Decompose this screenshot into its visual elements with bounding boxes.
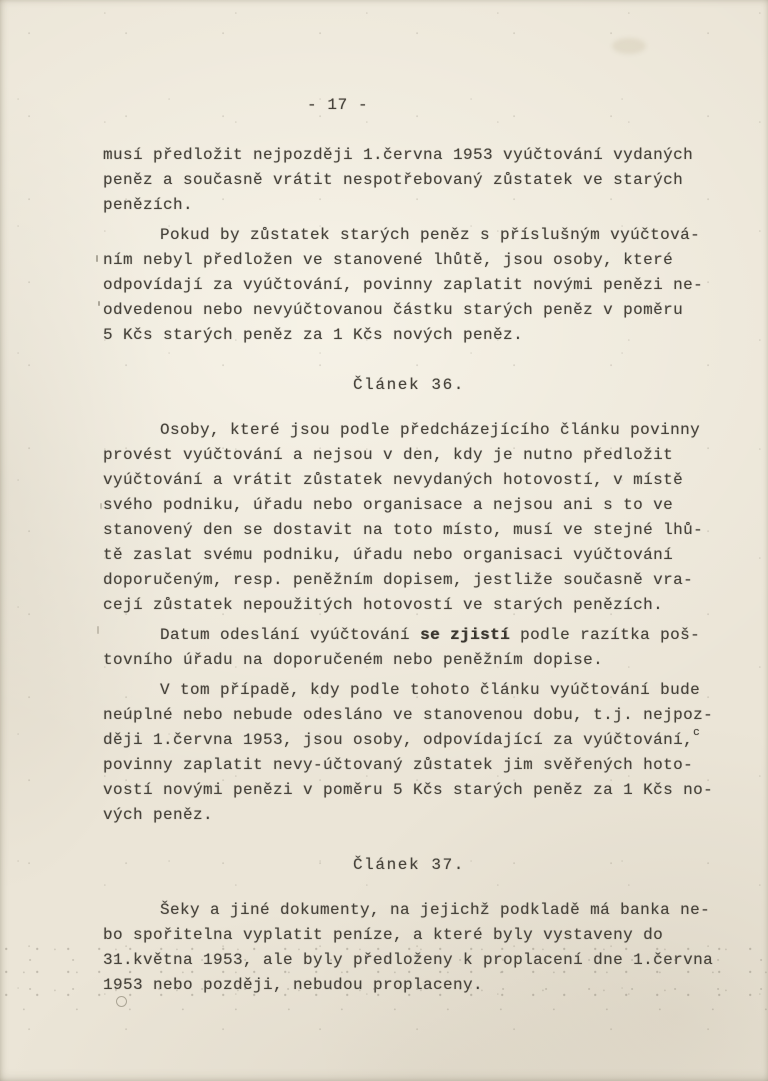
text-line: 5 Kčs starých peněz za 1 Kčs nových peně…: [103, 323, 715, 348]
paragraph: Osoby, které jsou podle předcházejícího …: [103, 418, 715, 618]
document-text: musí předložit nejpozději 1.června 1953 …: [103, 143, 715, 1003]
text-line: odpovídají za vyúčtování, povinny zaplat…: [103, 273, 715, 298]
paper-speck: [98, 301, 100, 306]
text-line: odvedenou nebo nevyúčtovanou částku star…: [103, 298, 715, 323]
paper-speck: [100, 503, 102, 509]
text-line: vyúčtování a vrátit zůstatek nevydaných …: [103, 468, 715, 493]
text-line: doporučeným, resp. peněžním dopisem, jes…: [103, 568, 715, 593]
paragraph: V tom případě, kdy podle tohoto článku v…: [103, 678, 715, 828]
text-line: Datum odeslání vyúčtování se zjistí podl…: [103, 623, 715, 648]
text-line: provést vyúčtování a nejsou v den, kdy j…: [103, 443, 715, 468]
text-line: tě zaslat svému podniku, úřadu nebo orga…: [103, 543, 715, 568]
page-number: - 17 -: [307, 93, 368, 118]
text-segment: ději 1.června 1953, jsou osoby, odpovída…: [103, 731, 693, 749]
text-line: svého podniku, úřadu nebo organisace a n…: [103, 493, 715, 518]
text-line: ději 1.června 1953, jsou osoby, odpovída…: [103, 728, 715, 753]
text-line: 31.května 1953, ale byly předloženy k pr…: [103, 948, 715, 973]
section-heading: Článek 37.: [103, 853, 715, 878]
text-line: ním nebyl předložen ve stanovené lhůtě, …: [103, 248, 715, 273]
text-line: Šeky a jiné dokumenty, na jejichž podkla…: [103, 898, 715, 923]
text-line: musí předložit nejpozději 1.června 1953 …: [103, 143, 715, 168]
text-segment: podle razítka poš-: [510, 626, 700, 644]
text-line: peněz a současně vrátit nespotřebovaný z…: [103, 168, 715, 193]
paper-stain: [612, 38, 646, 54]
section-heading: Článek 36.: [103, 373, 715, 398]
text-line: vých peněz.: [103, 803, 715, 828]
text-line: tovního úřadu na doporučeném nebo peněžn…: [103, 648, 715, 673]
paragraph: Šeky a jiné dokumenty, na jejichž podkla…: [103, 898, 715, 998]
text-line: Pokud by zůstatek starých peněz s příslu…: [103, 223, 715, 248]
text-line: bo spořitelna vyplatit peníze, a které b…: [103, 923, 715, 948]
paragraph: musí předložit nejpozději 1.června 1953 …: [103, 143, 715, 218]
text-line: neúplné nebo nebude odesláno ve stanoven…: [103, 703, 715, 728]
text-line: Osoby, které jsou podle předcházejícího …: [103, 418, 715, 443]
text-line: 1953 nebo později, nebudou proplaceny.: [103, 973, 715, 998]
paper-speck: [96, 255, 98, 262]
text-line: V tom případě, kdy podle tohoto článku v…: [103, 678, 715, 703]
paper-speck: [97, 626, 99, 634]
paragraph: Pokud by zůstatek starých peněz s příslu…: [103, 223, 715, 348]
text-line: cejí zůstatek nepoužitých hotovostí ve s…: [103, 593, 715, 618]
text-line: penězích.: [103, 193, 715, 218]
text-line: stanovený den se dostavit na toto místo,…: [103, 518, 715, 543]
paragraph: Datum odeslání vyúčtování se zjistí podl…: [103, 623, 715, 673]
text-segment: se zjistí: [420, 626, 510, 644]
text-line: vostí novými penězi v poměru 5 Kčs starý…: [103, 778, 715, 803]
text-segment: Datum odeslání vyúčtování: [160, 626, 420, 644]
document-page: - 17 - musí předložit nejpozději 1.červn…: [0, 0, 768, 1081]
text-line: povinny zaplatit nevy-účtovaný zůstatek …: [103, 753, 715, 778]
